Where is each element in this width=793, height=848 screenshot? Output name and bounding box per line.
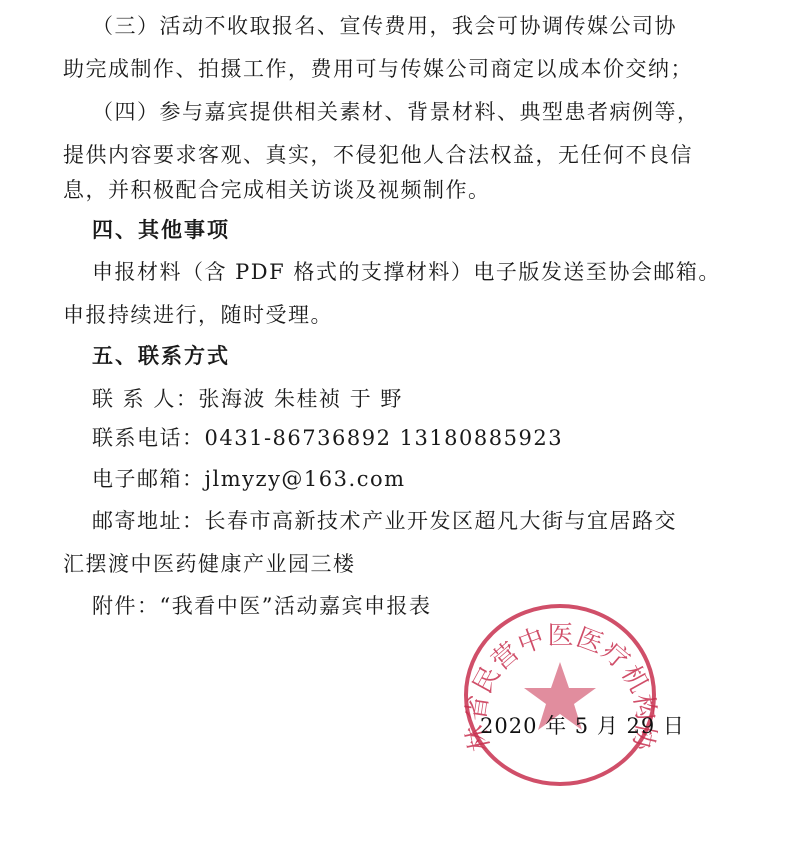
- document-date: 2020 年 5 月 29 日: [480, 712, 685, 740]
- section-4-heading: 四、其他事项: [92, 216, 230, 244]
- paragraph-4-line-2: 提供内容要求客观、真实，不侵犯他人合法权益，无任何不良信: [63, 141, 693, 169]
- section-5-heading: 五、联系方式: [92, 342, 230, 370]
- mailing-address-line-1: 邮寄地址：长春市高新技术产业开发区超凡大街与宜居路交: [92, 507, 677, 535]
- paragraph-3-line-1: （三）活动不收取报名、宣传费用，我会可协调传媒公司协: [92, 12, 677, 40]
- mailing-address-line-2: 汇摆渡中医药健康产业园三楼: [63, 550, 356, 578]
- official-seal-stamp: 吉林省民营中医医疗机构协会: [462, 602, 658, 788]
- section-4-line-2: 申报持续进行，随时受理。: [63, 301, 333, 329]
- paragraph-3-line-2: 助完成制作、拍摄工作，费用可与传媒公司商定以成本价交纳；: [63, 55, 693, 83]
- contact-email: 电子邮箱：jlmyzy@163.com: [92, 465, 406, 493]
- section-4-line-1: 申报材料（含 PDF 格式的支撑材料）电子版发送至协会邮箱。: [92, 258, 721, 286]
- attachment-line: 附件：“我看中医”活动嘉宾申报表: [92, 592, 431, 620]
- paragraph-4-line-3: 息，并积极配合完成相关访谈及视频制作。: [63, 176, 491, 204]
- contact-phone: 联系电话：0431-86736892 13180885923: [92, 424, 563, 452]
- paragraph-4-line-1: （四）参与嘉宾提供相关素材、背景材料、典型患者病例等，: [92, 98, 700, 126]
- contact-persons: 联 系 人：张海波 朱桂祯 于 野: [92, 385, 403, 413]
